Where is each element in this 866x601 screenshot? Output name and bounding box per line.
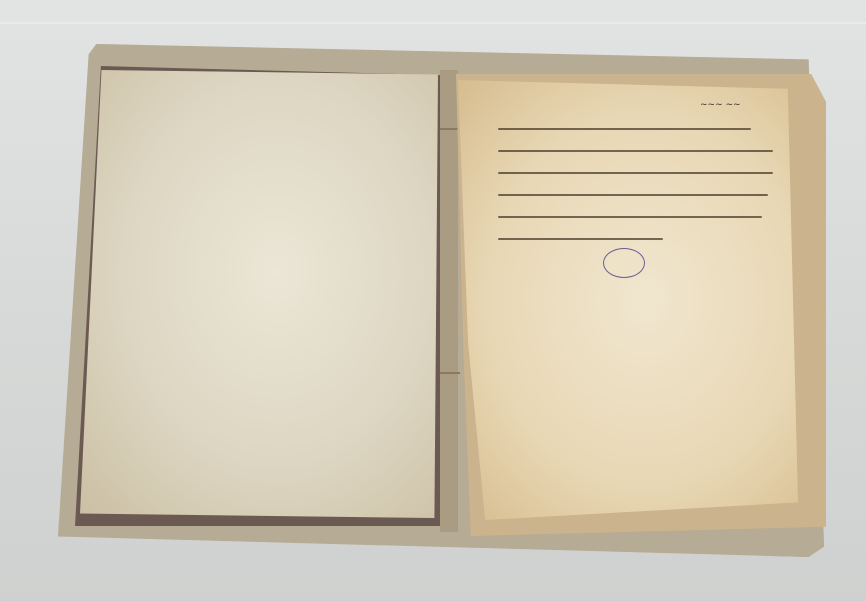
left-page <box>80 70 438 518</box>
surface-edge <box>0 22 866 24</box>
binding-thread <box>440 372 460 374</box>
book-spine <box>440 70 458 532</box>
binding-thread <box>440 128 460 130</box>
margin-note: ~~~ ~~ <box>700 100 741 110</box>
library-stamp <box>603 248 645 278</box>
handwritten-text <box>498 128 773 260</box>
